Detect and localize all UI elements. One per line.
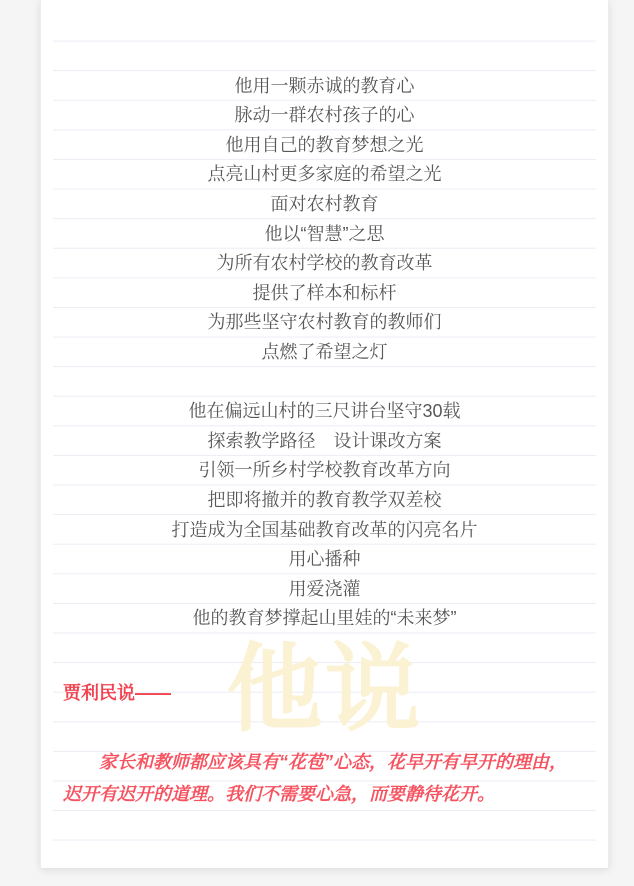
poem-stanza-1: 他用一颗赤诚的教育心 脉动一群农村孩子的心 他用自己的教育梦想之光 点亮山村更多… <box>41 72 608 368</box>
poem-line: 点亮山村更多家庭的希望之光 <box>41 160 608 190</box>
poem-line: 打造成为全国基础教育改革的闪亮名片 <box>41 516 608 546</box>
poem-line: 引领一所乡村学校教育改革方向 <box>41 456 608 486</box>
poem-line: 他以“智慧”之思 <box>41 220 608 250</box>
poem-line: 用心播种 <box>41 545 608 575</box>
poem-line: 脉动一群农村孩子的心 <box>41 101 608 131</box>
poem-line: 为所有农村学校的教育改革 <box>41 249 608 279</box>
poem-line: 用爱浇灌 <box>41 575 608 605</box>
poem-line: 他的教育梦撑起山里娃的“未来梦” <box>41 604 608 634</box>
poem-stanza-2: 他在偏远山村的三尺讲台坚守30载 探索教学路径 设计课改方案 引领一所乡村学校教… <box>41 397 608 634</box>
article-paper: 他说 他用一颗赤诚的教育心 脉动一群农村孩子的心 他用自己的教育梦想之光 点亮山… <box>40 0 609 868</box>
poem-line: 为那些坚守农村教育的教师们 <box>41 308 608 338</box>
poem-line: 他在偏远山村的三尺讲台坚守30载 <box>41 397 608 427</box>
poem-line: 提供了样本和标杆 <box>41 279 608 309</box>
poem-line: 点燃了希望之灯 <box>41 338 608 368</box>
poem-line: 他用一颗赤诚的教育心 <box>41 72 608 102</box>
poem-line: 探索教学路径 设计课改方案 <box>41 427 608 457</box>
quote-body: 家长和教师都应该具有“花苞”心态，花早开有早开的理由，迟开有迟开的道理。我们不需… <box>63 746 580 810</box>
poem-line: 面对农村教育 <box>41 190 608 220</box>
poem-line: 他用自己的教育梦想之光 <box>41 131 608 161</box>
quote-heading: 贾利民说—— <box>63 678 171 708</box>
poem-line: 把即将撤并的教育教学双差校 <box>41 486 608 516</box>
